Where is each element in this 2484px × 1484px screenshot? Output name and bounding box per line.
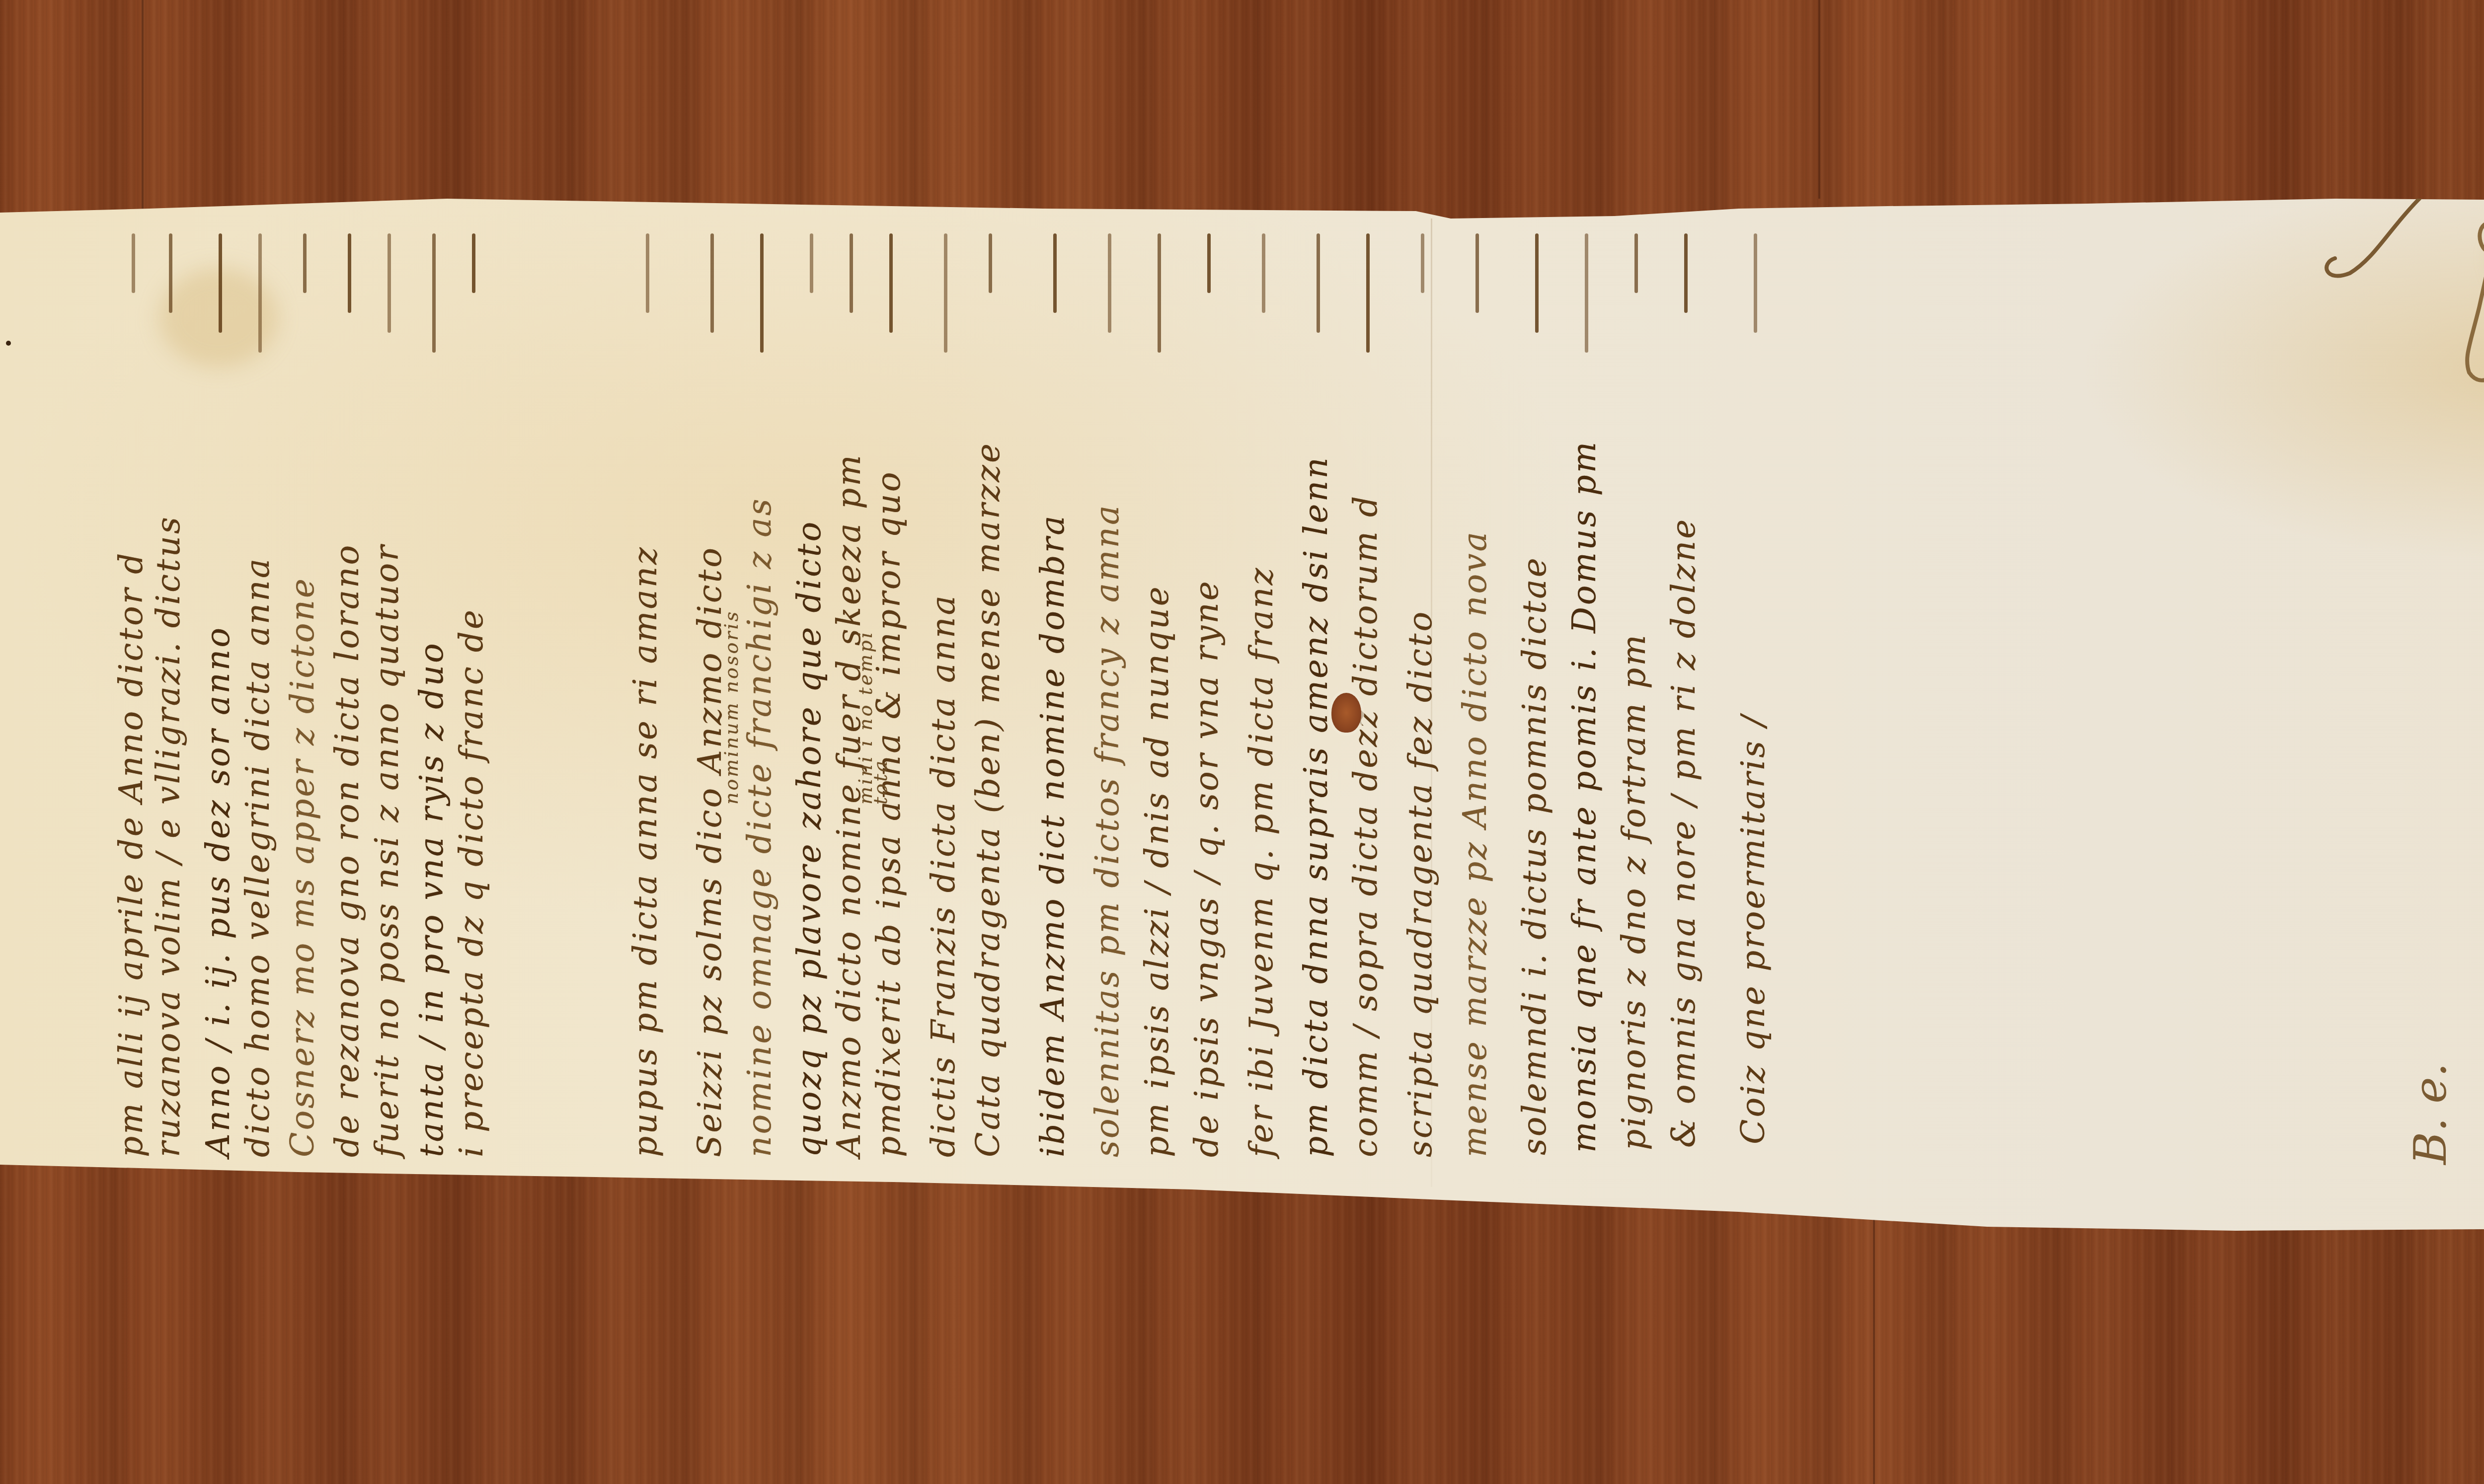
ascender-stroke xyxy=(219,233,222,333)
manuscript-line: Anno / i. ij. pus dez sor anno xyxy=(199,626,237,1157)
closing-flourish-icon xyxy=(2260,199,2484,695)
ascender-stroke xyxy=(646,233,649,313)
interlinear-note: tota xyxy=(869,759,891,805)
manuscript-line: fuerit no poss nsi z anno quatuor xyxy=(368,543,406,1157)
ascender-stroke xyxy=(303,233,307,293)
ascender-stroke xyxy=(1053,233,1057,313)
ascender-stroke xyxy=(1366,233,1370,353)
manuscript-line: de ipsis vngas / q. sor vna ryne xyxy=(1187,579,1226,1157)
manuscript-line: solemndi i. dictus pomnis dictae xyxy=(1515,556,1553,1155)
ascender-stroke xyxy=(388,233,391,333)
ascender-stroke xyxy=(1475,233,1479,313)
manuscript-line: pm ipsis alzzi / dnis ad nunque xyxy=(1138,585,1176,1157)
ascender-stroke xyxy=(1262,233,1265,313)
manuscript-line: de rezanova gno ron dicta lorano xyxy=(328,543,366,1157)
ascender-stroke xyxy=(472,233,475,293)
interlinear-note: nominum nosoris xyxy=(720,610,742,805)
ascender-stroke xyxy=(760,233,764,353)
ascender-stroke xyxy=(432,233,436,353)
ascender-stroke xyxy=(1535,233,1539,333)
manuscript-line: pupus pm dicta anna se ri amanz xyxy=(626,545,664,1157)
ascender-stroke xyxy=(710,233,714,333)
manuscript-line: Coiz qne proermitaris / xyxy=(1734,714,1772,1144)
ascender-stroke xyxy=(1421,233,1424,293)
manuscript-line: fer ibi Juvenm q. pm dicta franz xyxy=(1242,566,1280,1157)
paper-hole xyxy=(1331,693,1361,733)
ascender-stroke xyxy=(1585,233,1588,353)
manuscript-line: scripta quadragenta fez dicto xyxy=(1401,610,1439,1157)
wood-seam xyxy=(142,0,144,209)
ascender-stroke xyxy=(1317,233,1320,333)
manuscript-line: Cosnerz mo ms apper z dictone xyxy=(283,577,321,1157)
wood-seam xyxy=(1818,0,1820,199)
ink-dot xyxy=(6,341,11,346)
ascender-stroke xyxy=(1684,233,1688,313)
manuscript-line: pmdixerit ab ipsa anna & impror quo xyxy=(869,470,908,1157)
wood-seam xyxy=(1873,1202,1875,1484)
signature: B. e. xyxy=(2405,1063,2457,1165)
manuscript-line: monsia qne fr ante pomis i. Domus pm xyxy=(1565,440,1603,1153)
ascender-stroke xyxy=(348,233,351,313)
manuscript-line: tanta / in pro vna ryis z duo xyxy=(412,641,451,1157)
manuscript-line: & omnis gna nore / pm ri z dolzne xyxy=(1664,518,1703,1148)
manuscript-line: solennitas pm dictos francy z amna xyxy=(1088,504,1126,1157)
ascender-stroke xyxy=(989,233,992,293)
manuscript-line: quozq pz plavore zahore que dicto xyxy=(790,520,828,1157)
ascender-stroke xyxy=(1634,233,1638,293)
ascender-stroke xyxy=(1108,233,1111,333)
ascender-stroke xyxy=(1207,233,1211,293)
manuscript-line: comm / sopra dicta dezz dictorum d xyxy=(1346,494,1385,1157)
ascender-stroke xyxy=(810,233,813,293)
ascender-stroke xyxy=(258,233,262,353)
manuscript-line: i precepta dz q dicto franc de xyxy=(452,608,490,1157)
manuscript-line: ruzanova volim / e vlligrazi. dictus xyxy=(149,515,187,1157)
manuscript-line: mense marzze pz Anno dicto nova xyxy=(1456,530,1494,1157)
ascender-stroke xyxy=(1158,233,1161,353)
manuscript-line: dictis Franzis dicta dicta anna xyxy=(924,594,962,1157)
manuscript-line: dicto homo vellegrini dicta anna xyxy=(238,557,277,1157)
manuscript-line: Anzmo dicto nomine fuer d skeeza pm xyxy=(830,453,868,1157)
ascender-stroke xyxy=(889,233,893,333)
ascender-stroke xyxy=(850,233,853,313)
ascender-stroke xyxy=(1754,233,1757,333)
ascender-stroke xyxy=(169,233,172,313)
manuscript-line: nomine omnage dicte franchigi z as xyxy=(740,497,778,1157)
ascender-stroke xyxy=(132,233,135,293)
manuscript-line: Cata quadragenta (ben) mense marzze xyxy=(969,442,1007,1157)
manuscript-line: ibidem Anzmo dict nomine dombra xyxy=(1033,514,1072,1157)
manuscript-line: pm alli ij aprile de Anno dictor d xyxy=(112,551,150,1157)
manuscript-line: pignoris z dno z fortram pm xyxy=(1615,633,1653,1150)
manuscript-line: pm dicta dnna suprais amenz dsi lenn xyxy=(1297,455,1335,1157)
ascender-stroke xyxy=(944,233,947,353)
